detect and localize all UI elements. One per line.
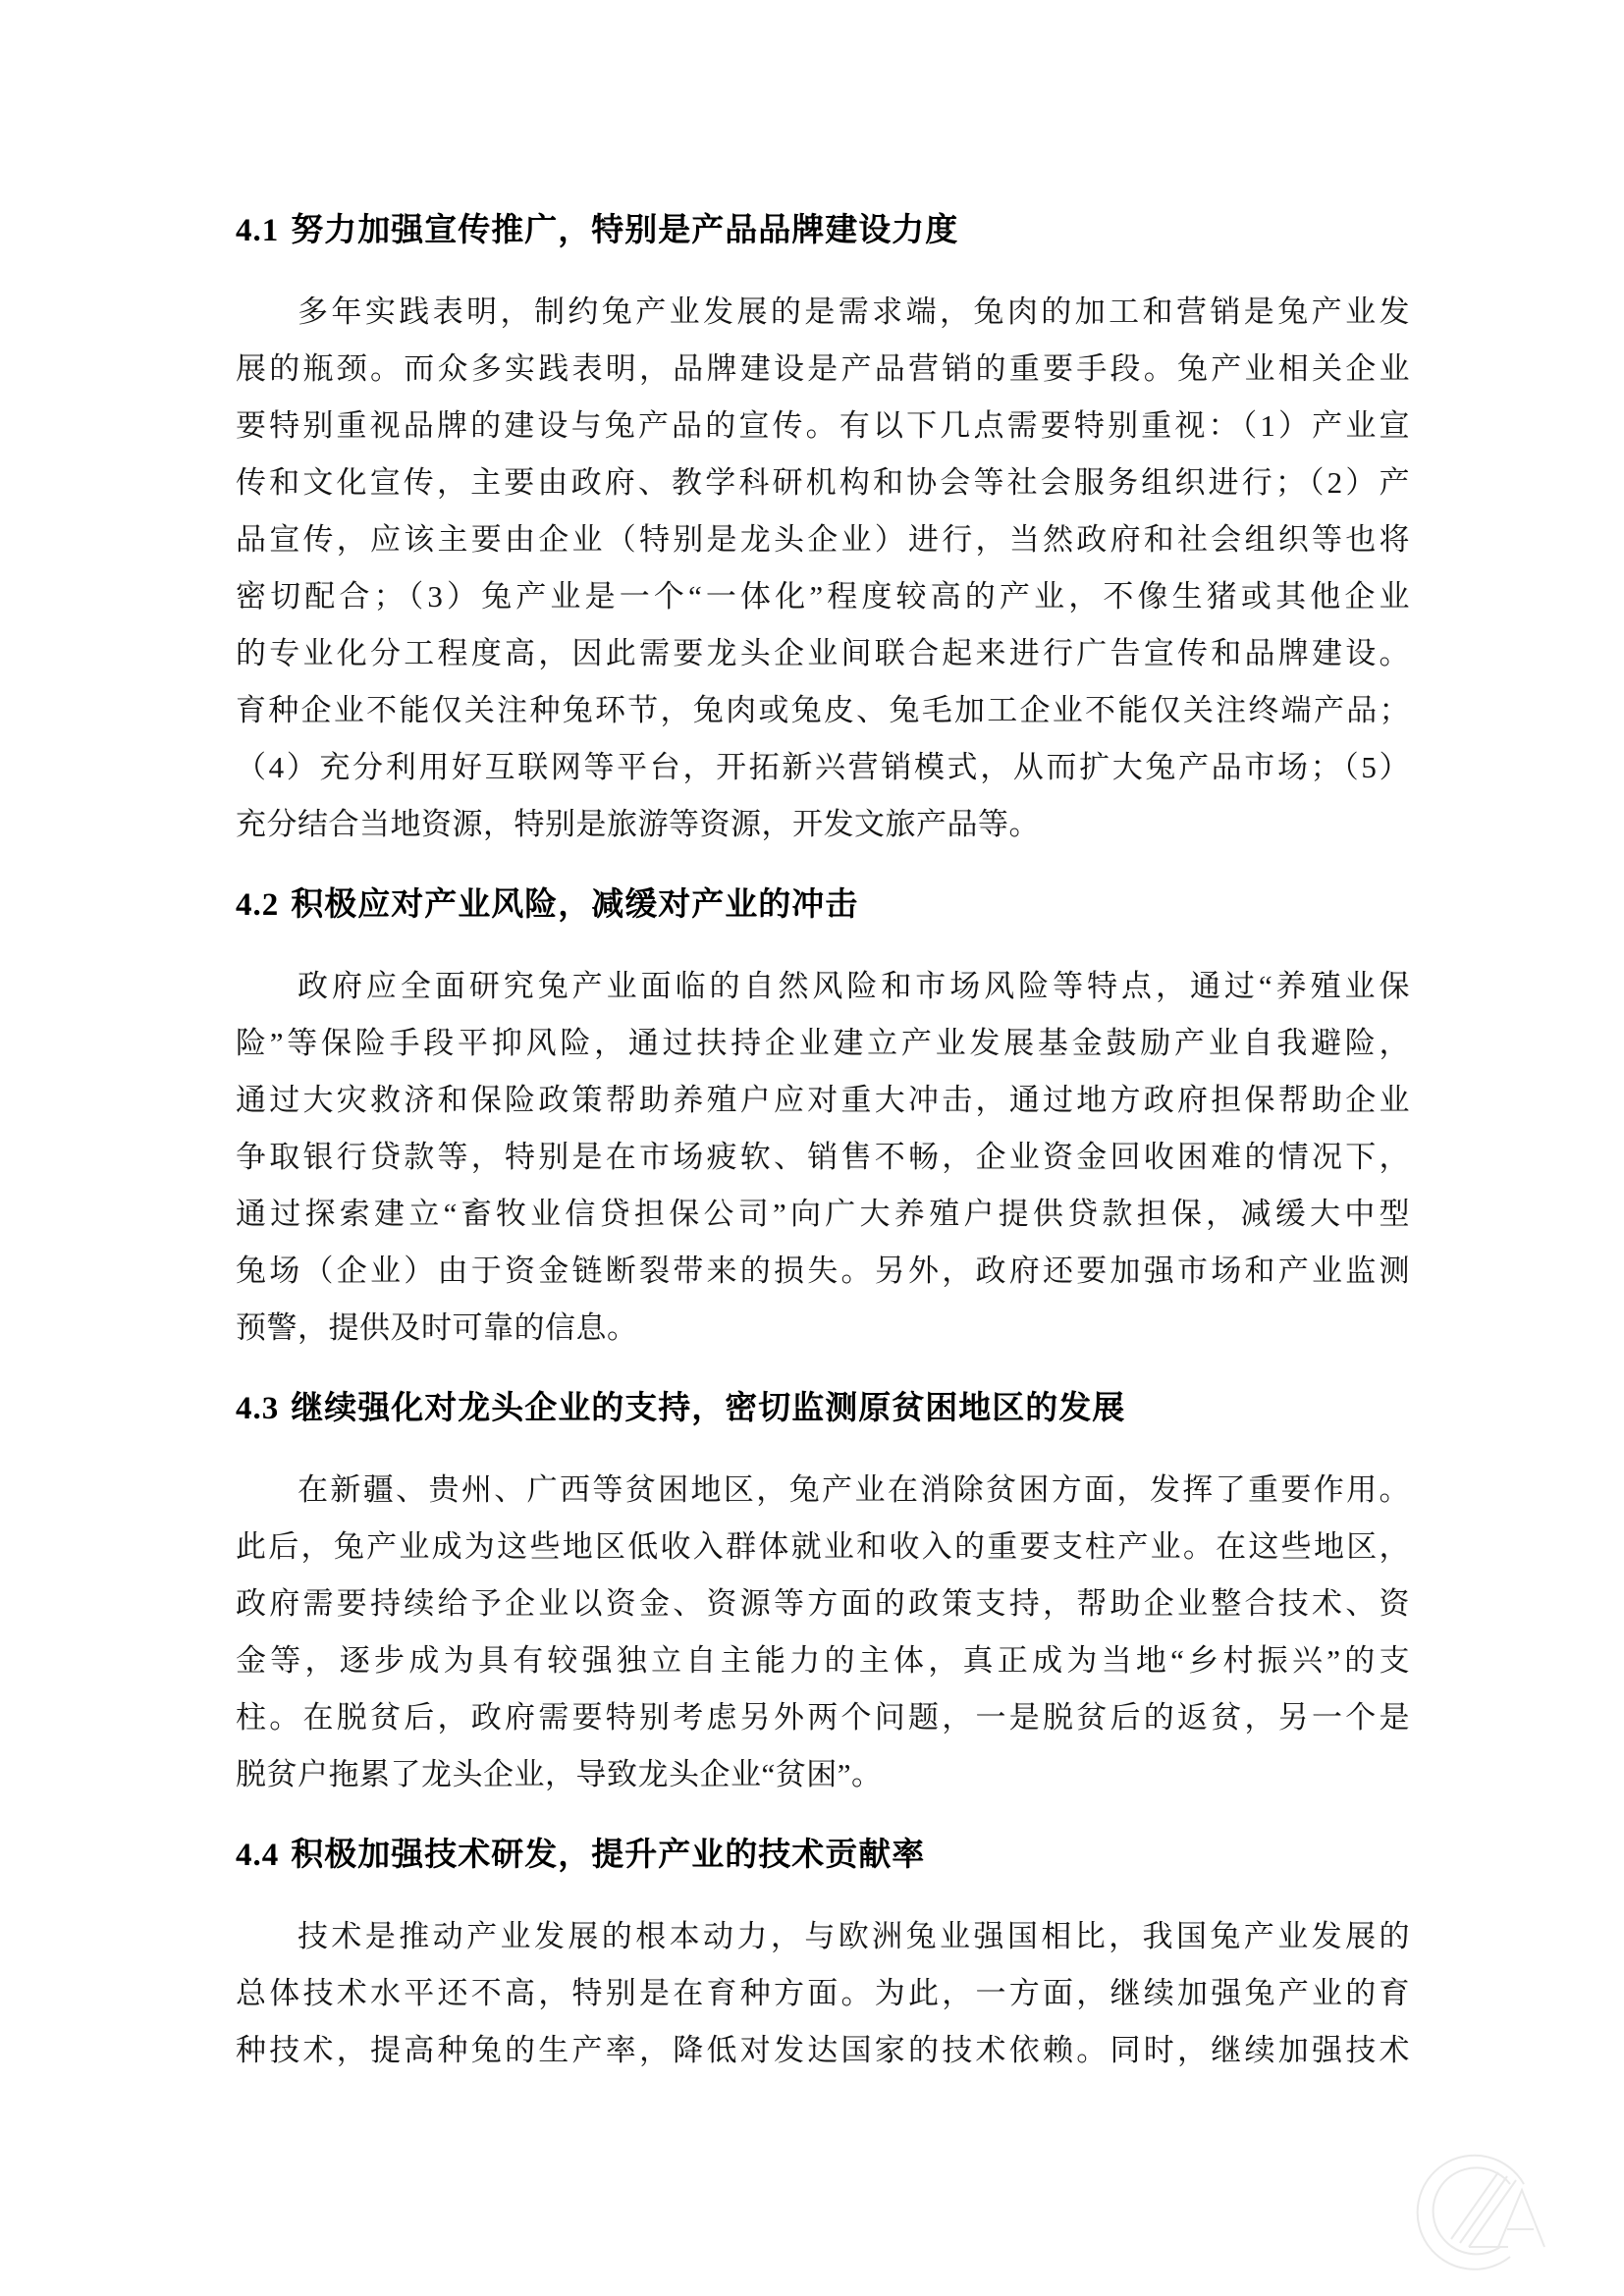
section-paragraph: 政府应全面研究兔产业面临的自然风险和市场风险等特点，通过“养殖业保险”等保险手段… (236, 958, 1410, 1357)
paragraph-line: 种技术，提高种兔的生产率，降低对发达国家的技术依赖。同时，继续加强技术 (236, 2022, 1410, 2079)
document-content: 4.1努力加强宣传推广，特别是产品品牌建设力度多年实践表明，制约兔产业发展的是需… (236, 208, 1410, 2079)
paragraph-line: 传和文化宣传，主要由政府、教学科研机构和协会等社会服务组织进行；（2）产 (236, 454, 1410, 511)
section-heading: 4.4积极加强技术研发，提升产业的技术贡献率 (236, 1833, 1410, 1877)
section-heading: 4.1努力加强宣传推广，特别是产品品牌建设力度 (236, 208, 1410, 252)
paragraph-line: 要特别重视品牌的建设与兔产品的宣传。有以下几点需要特别重视：（1）产业宣 (236, 398, 1410, 454)
paragraph-line: 育种企业不能仅关注种兔环节，兔肉或兔皮、兔毛加工企业不能仅关注终端产品； (236, 682, 1410, 739)
section-4.3: 4.3继续强化对龙头企业的支持，密切监测原贫困地区的发展在新疆、贵州、广西等贫困… (236, 1386, 1410, 1803)
paragraph-line: 通过大灾救济和保险政策帮助养殖户应对重大冲击，通过地方政府担保帮助企业 (236, 1072, 1410, 1129)
section-paragraph: 技术是推动产业发展的根本动力，与欧洲兔业强国相比，我国兔产业发展的总体技术水平还… (236, 1908, 1410, 2079)
paragraph-line: 预警，提供及时可靠的信息。 (236, 1300, 1410, 1357)
section-4.2: 4.2积极应对产业风险，减缓对产业的冲击政府应全面研究兔产业面临的自然风险和市场… (236, 882, 1410, 1357)
section-title: 积极加强技术研发，提升产业的技术贡献率 (291, 1836, 925, 1872)
paragraph-line: 政府应全面研究兔产业面临的自然风险和市场风险等特点，通过“养殖业保 (236, 958, 1410, 1015)
paragraph-line: 在新疆、贵州、广西等贫困地区，兔产业在消除贫困方面，发挥了重要作用。 (236, 1462, 1410, 1519)
paragraph-line: 品宣传，应该主要由企业（特别是龙头企业）进行，当然政府和社会组织等也将 (236, 511, 1410, 568)
document-page: 4.1努力加强宣传推广，特别是产品品牌建设力度多年实践表明，制约兔产业发展的是需… (0, 0, 1624, 2296)
paragraph-line: 政府需要持续给予企业以资金、资源等方面的政策支持，帮助企业整合技术、资 (236, 1575, 1410, 1632)
paragraph-line: 展的瓶颈。而众多实践表明，品牌建设是产品营销的重要手段。兔产业相关企业 (236, 341, 1410, 398)
section-heading: 4.2积极应对产业风险，减缓对产业的冲击 (236, 882, 1410, 927)
section-paragraph: 多年实践表明，制约兔产业发展的是需求端，兔肉的加工和营销是兔产业发展的瓶颈。而众… (236, 284, 1410, 853)
paragraph-line: 的专业化分工程度高，因此需要龙头企业间联合起来进行广告宣传和品牌建设。 (236, 625, 1410, 682)
logo-watermark-icon (1412, 2143, 1549, 2280)
section-number: 4.2 (236, 887, 279, 923)
paragraph-line: 通过探索建立“畜牧业信贷担保公司”向广大养殖户提供贷款担保，减缓大中型 (236, 1186, 1410, 1243)
paragraph-line: 技术是推动产业发展的根本动力，与欧洲兔业强国相比，我国兔产业发展的 (236, 1908, 1410, 1965)
section-number: 4.1 (236, 213, 279, 248)
section-title: 继续强化对龙头企业的支持，密切监测原贫困地区的发展 (291, 1389, 1125, 1425)
section-number: 4.3 (236, 1391, 279, 1426)
section-title: 积极应对产业风险，减缓对产业的冲击 (291, 885, 858, 922)
paragraph-line: 兔场（企业）由于资金链断裂带来的损失。另外，政府还要加强市场和产业监测 (236, 1243, 1410, 1300)
section-heading: 4.3继续强化对龙头企业的支持，密切监测原贫困地区的发展 (236, 1386, 1410, 1430)
section-4.4: 4.4积极加强技术研发，提升产业的技术贡献率技术是推动产业发展的根本动力，与欧洲… (236, 1833, 1410, 2079)
section-4.1: 4.1努力加强宣传推广，特别是产品品牌建设力度多年实践表明，制约兔产业发展的是需… (236, 208, 1410, 853)
paragraph-line: 争取银行贷款等，特别是在市场疲软、销售不畅，企业资金回收困难的情况下， (236, 1129, 1410, 1186)
paragraph-line: 多年实践表明，制约兔产业发展的是需求端，兔肉的加工和营销是兔产业发 (236, 284, 1410, 341)
paragraph-line: （4）充分利用好互联网等平台，开拓新兴营销模式，从而扩大兔产品市场；（5） (236, 739, 1410, 796)
paragraph-line: 金等，逐步成为具有较强独立自主能力的主体，真正成为当地“乡村振兴”的支 (236, 1632, 1410, 1689)
paragraph-line: 险”等保险手段平抑风险，通过扶持企业建立产业发展基金鼓励产业自我避险， (236, 1015, 1410, 1072)
paragraph-line: 此后，兔产业成为这些地区低收入群体就业和收入的重要支柱产业。在这些地区， (236, 1519, 1410, 1575)
paragraph-line: 充分结合当地资源，特别是旅游等资源，开发文旅产品等。 (236, 796, 1410, 853)
paragraph-line: 总体技术水平还不高，特别是在育种方面。为此，一方面，继续加强兔产业的育 (236, 1965, 1410, 2022)
section-title: 努力加强宣传推广，特别是产品品牌建设力度 (291, 211, 958, 247)
section-paragraph: 在新疆、贵州、广西等贫困地区，兔产业在消除贫困方面，发挥了重要作用。此后，兔产业… (236, 1462, 1410, 1803)
paragraph-line: 脱贫户拖累了龙头企业，导致龙头企业“贫困”。 (236, 1746, 1410, 1803)
section-number: 4.4 (236, 1838, 279, 1873)
paragraph-line: 柱。在脱贫后，政府需要特别考虑另外两个问题，一是脱贫后的返贫，另一个是 (236, 1689, 1410, 1746)
paragraph-line: 密切配合；（3）兔产业是一个“一体化”程度较高的产业，不像生猪或其他企业 (236, 568, 1410, 625)
